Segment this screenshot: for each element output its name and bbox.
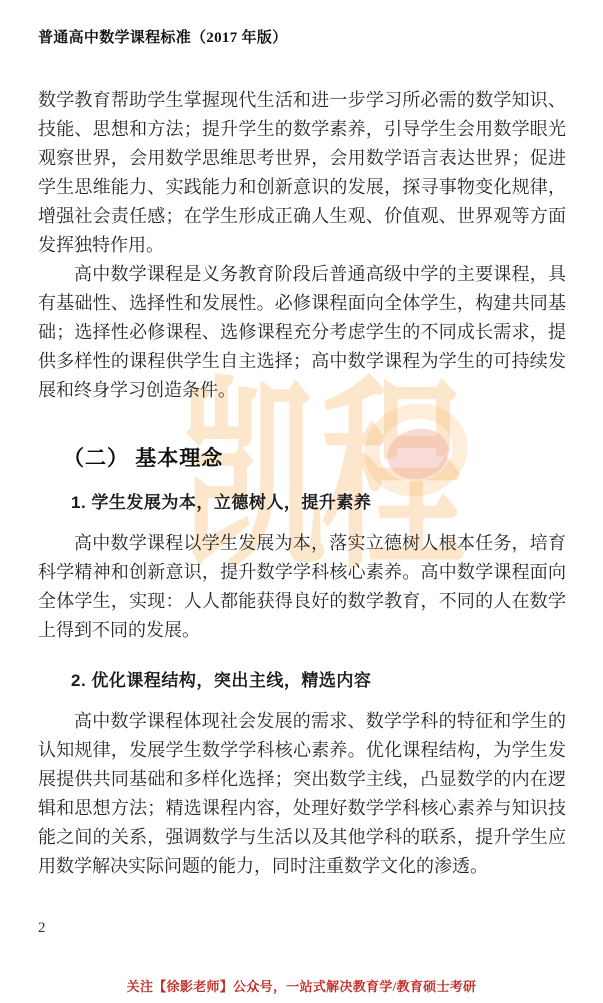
subsection-2-paragraph: 高中数学课程体现社会发展的需求、数学学科的特征和学生的认知规律，发展学生数学学科… xyxy=(38,707,566,881)
section-heading: （二） 基本理念 xyxy=(63,443,566,473)
intro-paragraph-1: 数学教育帮助学生掌握现代生活和进一步学习所必需的数学知识、技能、思想和方法；提升… xyxy=(38,86,566,260)
intro-paragraph-2: 高中数学课程是义务教育阶段后普通高级中学的主要课程，具有基础性、选择性和发展性。… xyxy=(38,260,566,405)
subsection-1-heading: 1. 学生发展为本，立德树人，提升素养 xyxy=(71,491,566,515)
page-number: 2 xyxy=(38,920,46,937)
footer-note: 关注【徐影老师】公众号，一站式解决教育学/教育硕士考研 xyxy=(0,976,603,995)
running-header: 普通高中数学课程标准（2017 年版） xyxy=(38,28,566,49)
document-page: 凯程 普通高中数学课程标准（2017 年版） 数学教育帮助学生掌握现代生活和进一… xyxy=(0,0,603,1003)
subsection-1-paragraph: 高中数学课程以学生发展为本，落实立德树人根本任务，培育科学精神和创新意识，提升数… xyxy=(38,529,566,645)
subsection-2-heading: 2. 优化课程结构，突出主线，精选内容 xyxy=(71,669,566,693)
page-content: 普通高中数学课程标准（2017 年版） 数学教育帮助学生掌握现代生活和进一步学习… xyxy=(0,0,603,881)
